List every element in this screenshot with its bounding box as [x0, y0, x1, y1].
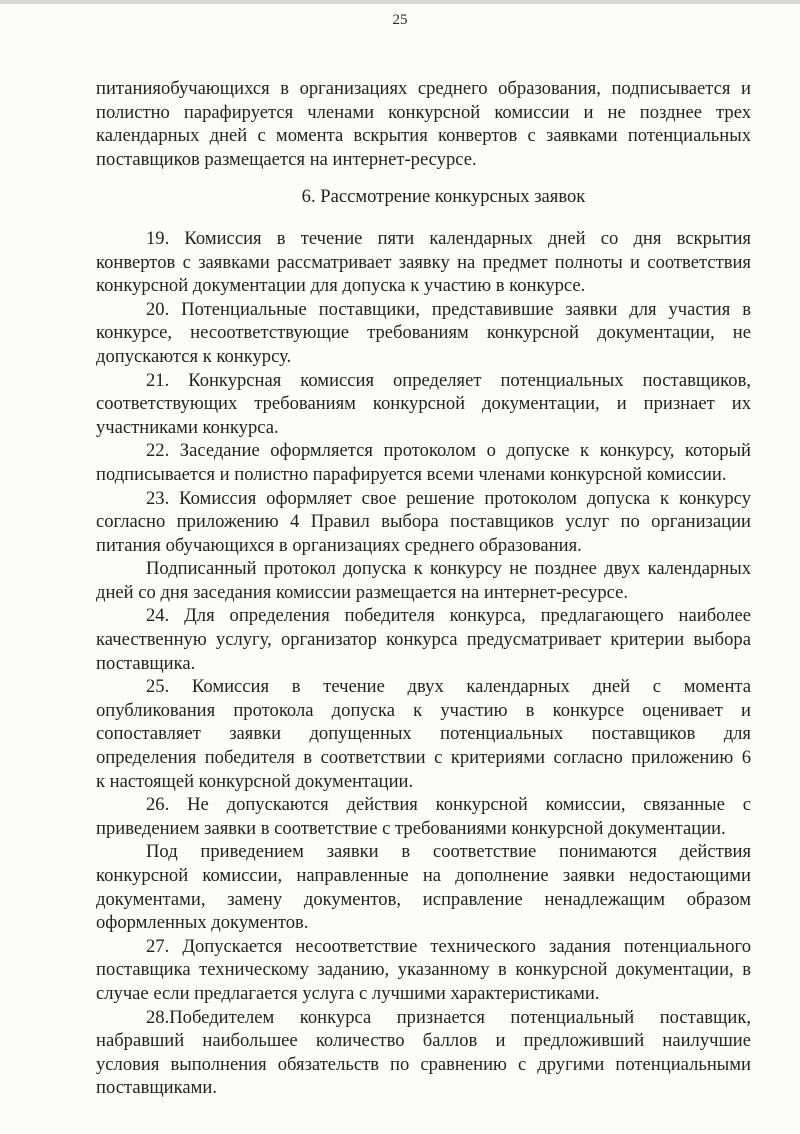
page-number: 25 — [0, 12, 800, 29]
section-heading: 6. Рассмотрение конкурсных заявок — [96, 185, 751, 209]
text-line: питания обучающихся в организациях средн… — [96, 534, 751, 558]
text-line: документами, замену документов, исправле… — [96, 888, 751, 912]
text-line: опубликования протокола допуска к участи… — [96, 699, 751, 723]
text-line: поставщиков размещается на интернет-ресу… — [96, 148, 751, 172]
text-line: дней со дня заседания комиссии размещает… — [96, 581, 751, 605]
intro-paragraph: питанияобучающихся в организациях средне… — [96, 77, 751, 171]
paragraph-26: 26. Не допускаются действия конкурсной к… — [96, 793, 751, 840]
text-line: сопоставляет заявки допущенных потенциал… — [96, 722, 751, 746]
text-line: полистно парафируется членами конкурсной… — [96, 101, 751, 125]
text-line: допускаются к конкурсу. — [96, 345, 751, 369]
paragraph-21: 21. Конкурсная комиссия определяет потен… — [96, 369, 751, 440]
text-line: к настоящей конкурсной документации. — [96, 770, 751, 794]
text-line: Подписанный протокол допуска к конкурсу … — [96, 557, 751, 581]
text-line: оформленных документов. — [96, 911, 751, 935]
paragraph-24: 24. Для определения победителя конкурса,… — [96, 604, 751, 675]
paragraph-19: 19. Комиссия в течение пяти календарных … — [96, 227, 751, 298]
text-line: определения победителя в соответствии с … — [96, 746, 751, 770]
document-body: питанияобучающихся в организациях средне… — [96, 77, 751, 1100]
paragraph-continuation: Подписанный протокол допуска к конкурсу … — [96, 557, 751, 604]
text-line: конкурсе, несоответствующие требованиям … — [96, 321, 751, 345]
paragraph-22: 22. Заседание оформляется протоколом о д… — [96, 439, 751, 486]
paragraph-continuation: Под приведением заявки в соответствие по… — [96, 840, 751, 934]
text-line: календарных дней с момента вскрытия конв… — [96, 124, 751, 148]
text-line: набравший наибольшее количество баллов и… — [96, 1029, 751, 1053]
text-line: поставщиками. — [96, 1076, 751, 1100]
text-line: условия выполнения обязательств по сравн… — [96, 1053, 751, 1077]
text-line: 25. Комиссия в течение двух календарных … — [96, 675, 751, 699]
text-line: случае если предлагается услуга с лучшим… — [96, 982, 751, 1006]
document-page: 25 питанияобучающихся в организациях сре… — [0, 0, 800, 1134]
text-line: 19. Комиссия в течение пяти календарных … — [96, 227, 751, 251]
text-line: питанияобучающихся в организациях средне… — [96, 77, 751, 101]
paragraph-23: 23. Комиссия оформляет свое решение прот… — [96, 487, 751, 558]
paragraph-27: 27. Допускается несоответствие техническ… — [96, 935, 751, 1006]
text-line: приведением заявки в соответствие с треб… — [96, 817, 751, 841]
text-line: конвертов с заявками рассматривает заявк… — [96, 251, 751, 275]
text-line: конкурсной документации для допуска к уч… — [96, 274, 751, 298]
text-line: 24. Для определения победителя конкурса,… — [96, 604, 751, 628]
text-line: 26. Не допускаются действия конкурсной к… — [96, 793, 751, 817]
text-line: подписывается и полистно парафируется вс… — [96, 463, 751, 487]
text-line: 28.Победителем конкурса признается потен… — [96, 1006, 751, 1030]
text-line: Под приведением заявки в соответствие по… — [96, 840, 751, 864]
paragraph-25: 25. Комиссия в течение двух календарных … — [96, 675, 751, 793]
scan-top-edge — [0, 0, 800, 4]
text-line: участниками конкурса. — [96, 416, 751, 440]
text-line: качественную услугу, организатор конкурс… — [96, 628, 751, 652]
text-line: поставщика техническому заданию, указанн… — [96, 958, 751, 982]
text-line: 23. Комиссия оформляет свое решение прот… — [96, 487, 751, 511]
text-line: конкурсной комиссии, направленные на доп… — [96, 864, 751, 888]
text-line: поставщика. — [96, 652, 751, 676]
paragraph-list: 19. Комиссия в течение пяти календарных … — [96, 227, 751, 1100]
text-line: 27. Допускается несоответствие техническ… — [96, 935, 751, 959]
text-line: согласно приложению 4 Правил выбора пост… — [96, 510, 751, 534]
text-line: 22. Заседание оформляется протоколом о д… — [96, 439, 751, 463]
text-line: 21. Конкурсная комиссия определяет потен… — [96, 369, 751, 393]
text-line: 20. Потенциальные поставщики, представив… — [96, 298, 751, 322]
paragraph-28: 28.Победителем конкурса признается потен… — [96, 1006, 751, 1100]
text-line: соответствующих требованиям конкурсной д… — [96, 392, 751, 416]
paragraph-20: 20. Потенциальные поставщики, представив… — [96, 298, 751, 369]
